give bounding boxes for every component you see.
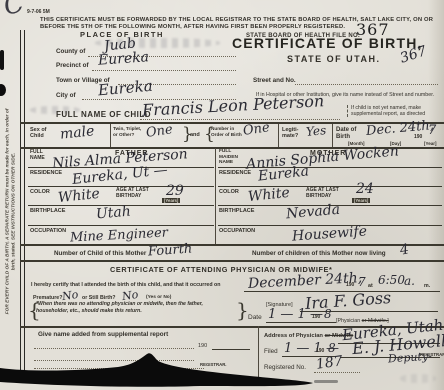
rule-line	[28, 225, 214, 226]
and-label: and	[190, 132, 200, 138]
birth-order-label: Number in Order of Birth	[211, 126, 245, 137]
sex-label: Sex of Child	[30, 127, 56, 140]
number-of-child-value: Fourth	[148, 242, 193, 258]
number-of-child-label: Number of Child of this Mother	[54, 250, 146, 257]
date-line	[266, 322, 336, 323]
m-label: m.	[424, 283, 430, 289]
year-digit: 7	[428, 124, 436, 137]
mother-residence-label: RESIDENCE	[219, 170, 251, 176]
certificate-title: CERTIFICATE OF BIRTH,	[232, 35, 423, 52]
year-prefix: 190	[312, 315, 320, 321]
father-birthplace-value: Utah	[95, 205, 131, 222]
mother-residence-value: Eureka	[257, 164, 309, 183]
scan-edge-mark	[0, 50, 4, 70]
mother-occupation-label: OCCUPATION	[219, 228, 255, 234]
thick-rule-line	[20, 244, 444, 246]
ink-blot-scan-artifact	[0, 350, 340, 390]
father-age-value: 29	[166, 184, 184, 198]
parents-column-divider	[215, 148, 216, 246]
birth-certificate-scan: C 9-7-06 5M THIS CERTIFICATE MUST BE FOR…	[0, 0, 444, 390]
father-color-label: COLOR	[30, 189, 50, 195]
mother-color-value: White	[247, 186, 290, 204]
mother-color-label: COLOR	[219, 189, 239, 195]
state-of-utah-heading: STATE OF UTAH.	[287, 54, 381, 65]
father-occupation-value: Mine Engineer	[70, 226, 169, 244]
city-label: City of	[56, 92, 76, 99]
date-of-birth-label: Date of Birth	[336, 127, 366, 141]
father-age-label: AGE AT LAST BIRTHDAY	[116, 188, 160, 200]
certify-statement: I hereby certify that I attended the bir…	[31, 282, 221, 288]
year-prefix: 190	[346, 283, 354, 289]
birth-time-value: 6:50	[378, 274, 405, 286]
legitimate-label: Legiti- mate?	[282, 127, 306, 140]
year-bracket-label: [Year]	[424, 141, 437, 146]
no-attending-physician-footnote: *When there was no attending physician o…	[36, 301, 236, 315]
father-name-label: FULL NAME	[30, 150, 52, 162]
street-field-line	[295, 71, 438, 85]
sex-value: male	[59, 124, 95, 142]
form-code: 9-7-06 5M	[27, 10, 50, 16]
physician-bracket-text: [Physician	[336, 318, 360, 324]
left-margin-instructions: FOR EVERY CHILD OF A BIRTH, A SEPARATE R…	[6, 105, 19, 317]
county-label: County of	[56, 48, 85, 55]
corner-flourish: C	[2, 0, 27, 20]
brace-glyph: }	[236, 300, 249, 320]
mother-age-value: 24	[356, 182, 374, 196]
bleed-through-smudge	[400, 374, 436, 383]
father-residence-label: RESIDENCE	[30, 170, 62, 176]
precinct-label: Precinct of	[56, 62, 89, 69]
address-of-physician-row: Address of Physician or Midwife	[264, 333, 353, 340]
year-digit: 8	[324, 308, 332, 320]
year-digit: 7	[358, 276, 366, 288]
mother-birthplace-label: BIRTHPLACE	[219, 208, 254, 214]
father-occupation-label: OCCUPATION	[30, 228, 66, 234]
mother-maiden-name-label: FULL MAIDEN NAME	[219, 149, 245, 166]
address-label-text: Address of Physician	[264, 333, 323, 339]
mother-age-label: AGE AT LAST BIRTHDAY	[306, 188, 350, 200]
twin-triplet-value: One	[145, 123, 173, 140]
year-prefix: 190	[414, 135, 422, 141]
street-and-no-label: Street and No.	[253, 77, 296, 84]
children-living-label: Number of children of this Mother now li…	[252, 250, 386, 257]
child-name-label: FULL NAME OF CHILD	[56, 110, 151, 119]
legitimate-value: Yes	[306, 124, 327, 138]
father-birthplace-label: BIRTHPLACE	[30, 208, 65, 214]
date-label: Date	[248, 314, 262, 322]
precinct-value: Eureka	[98, 50, 150, 68]
years-bracket-label: [Years]	[352, 198, 370, 203]
father-color-value: White	[57, 187, 100, 205]
supplemental-name-note: If child is not yet named, make suppleme…	[347, 105, 443, 117]
supplemental-year-prefix: 190	[198, 343, 207, 349]
twin-triplet-label: Twin, Triplet, or Other?	[113, 126, 145, 137]
thick-rule-line	[20, 260, 444, 262]
registrar-label: REGISTRAR.	[420, 352, 444, 357]
am-handwritten: a.	[404, 275, 415, 287]
column-divider	[110, 124, 111, 147]
yes-or-no-note: (Yes or No)	[146, 295, 171, 301]
mother-occupation-value: Housewife	[292, 224, 368, 243]
years-bracket-label: [Years]	[162, 198, 180, 203]
birth-order-value: One	[242, 121, 270, 138]
mother-birthplace-value: Nevada	[285, 203, 340, 222]
column-divider	[278, 124, 279, 147]
column-divider	[332, 124, 333, 147]
scan-hole-dot	[0, 84, 6, 96]
